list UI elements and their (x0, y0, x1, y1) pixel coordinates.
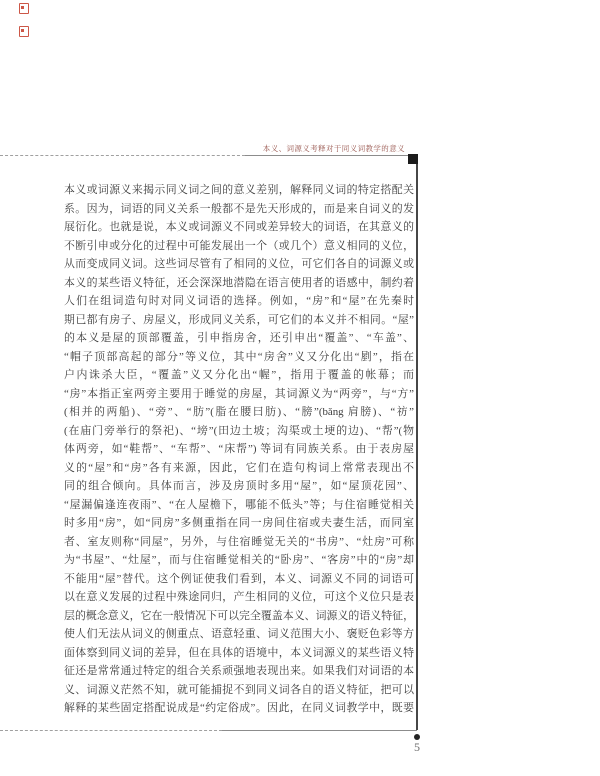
text-line: 本义的某些语义特征，还会深深地潜隐在语言使用者的语感中，制约着 (64, 274, 414, 293)
text-line: 使人们无法从词义的侧重点、语意轻重、词义范围大小、褒贬色彩等方 (64, 625, 414, 644)
text-line: 不能用“屋”替代。这个例证使我们看到，本义、词源义不同的词语可 (64, 570, 414, 589)
text-line: “房”本指正室两旁主要用于睡觉的房屋，其词源义为“两旁”，与“方” (64, 385, 414, 404)
text-line: 系。因为，词语的同义关系一般都不是先天形成的，而是来自词义的发 (64, 200, 414, 219)
header-underline-rule (245, 155, 417, 156)
page-number: 5 (406, 740, 428, 755)
text-line: 户内诛杀大臣，“覆盖”义又分化出“幄”，指用于覆盖的帐幕；而 (64, 366, 414, 385)
text-line: 不断引申或分化的过程中可能发展出一个（或几个）意义相同的义位， (64, 237, 414, 256)
text-line: 为“书屋”、“灶屋”，而与住宿睡觉相关的“卧房”、“客房”中的“房”却 (64, 551, 414, 570)
text-line: 义、词源义茫然不知，就可能捕捉不到同义词各自的语义特征，把可以 (64, 681, 414, 700)
body-text: 本义或词源义来揭示同义词之间的意义差别，解释同义词的特定搭配关系。因为，词语的同… (64, 181, 414, 718)
text-line: 体两旁，如“鞋帮”、“车帮”、“床帮”) 等词有同族关系。由于表房屋 (64, 440, 414, 459)
corner-square-ornament (408, 154, 418, 164)
text-line: (在庙门旁举行的祭祀)、“塝”(田边土坡；沟渠或土埂的边)、“帮”(物 (64, 422, 414, 441)
right-margin-rule (416, 164, 418, 730)
bottom-solid-rule (222, 730, 417, 731)
text-line: 面体察到同义词的差异，但在具体的语境中，本义词源义的某些语义特 (64, 644, 414, 663)
bottom-dashed-rule (0, 730, 222, 731)
book-page: 本义、词源义考释对于同义词教学的意义 本义或词源义来揭示同义词之间的意义差别，解… (0, 0, 600, 776)
text-line: “屋漏偏逢连夜雨”、“在人屋檐下，哪能不低头”等；与住宿睡觉相关 (64, 496, 414, 515)
text-line: 义的“屋”和“房”各有来源，因此，它们在造句构词上常常表现出不 (64, 459, 414, 478)
text-line: 展衍化。也就是说，本义或词源义不同或差异较大的词语，在其意义的 (64, 218, 414, 237)
text-line: 以在意义发展的过程中殊途同归，产生相同的义位，可这个义位只是表 (64, 588, 414, 607)
text-line: 本义或词源义来揭示同义词之间的意义差别，解释同义词的特定搭配关 (64, 181, 414, 200)
top-dashed-rule (0, 155, 245, 156)
text-line: “帽子顶部高起的部分”等义位，其中“房舍”义又分化出“剭”，指在 (64, 348, 414, 367)
text-line: (相并的两船)、“旁”、“肪”(脂在腰曰肪)、“膀”(bǎng 肩膀)、“祊” (64, 403, 414, 422)
running-head: 本义、词源义考释对于同义词教学的意义 (263, 143, 405, 154)
text-line: 人们在组词造句时对同义词语的选择。例如，“房”和“屋”在先秦时 (64, 292, 414, 311)
text-line: 层的概念意义，它在一般情况下可以完全覆盖本义、词源义的语义特征， (64, 607, 414, 626)
text-line: 期已都有房子、房屋义，形成同义关系，可它们的本义并不相同。“屋” (64, 311, 414, 330)
red-stamp-icon (19, 26, 29, 37)
red-stamp-icon (19, 3, 29, 14)
text-line: 解释的某些固定搭配说成是“约定俗成”。因此，在同义词教学中，既要 (64, 699, 414, 718)
text-line: 同的组合倾向。具体而言，涉及房顶时多用“屋”，如“屋顶花园”、 (64, 477, 414, 496)
text-line: 从而变成同义词。这些词尽管有了相同的义位，可它们各自的词源义或 (64, 255, 414, 274)
text-line: 征还是常常通过特定的组合关系顽强地表现出来。如果我们对词语的本 (64, 662, 414, 681)
text-line: 时多用“房”，如“同房”多侧重指在同一房间住宿或夫妻生活，而同室 (64, 514, 414, 533)
text-line: 的本义是屋的顶部覆盖，引申指房舍，还引申出“覆盖”、“车盖”、 (64, 329, 414, 348)
text-line: 者、室友则称“同屋”，另外，与住宿睡觉无关的“书房”、“灶房”可称 (64, 533, 414, 552)
